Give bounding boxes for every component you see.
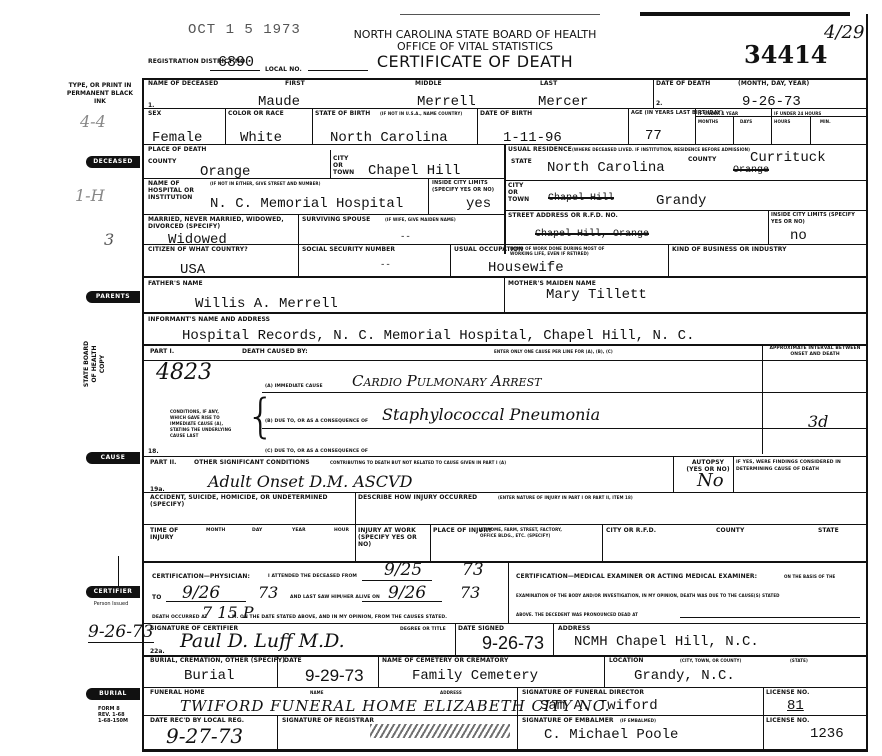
place-of-death-label: PLACE OF DEATH (148, 146, 207, 153)
director-license: 81 (787, 698, 804, 714)
divider (508, 561, 509, 623)
res-inside-city-label: INSIDE CITY LIMITS (SPECIFY YES OR NO) (771, 212, 863, 226)
other-conditions-label: OTHER SIGNIFICANT CONDITIONS (194, 459, 310, 466)
residence-sub: (WHERE DECEASED LIVED. IF INSTITUTION, R… (572, 146, 750, 153)
section-line (142, 561, 868, 563)
row-line (262, 428, 866, 429)
disposition-label: BURIAL, CREMATION, OTHER (SPECIFY) (150, 657, 285, 664)
divider (312, 108, 313, 144)
mother-name: Mary Tillett (546, 287, 647, 303)
underline (308, 70, 368, 71)
conditions-note: CONDITIONS, IF ANY, WHICH GAVE RISE TO I… (170, 409, 232, 439)
inside-city-label: INSIDE CITY LIMITS (SPECIFY YES OR NO) (432, 180, 502, 194)
name-label: NAME OF DECEASED (148, 80, 218, 87)
last-saw-label: AND LAST SAW HIM/HER ALIVE ON (290, 594, 380, 601)
received-stamp: OCT 1 5 1973 (188, 22, 301, 38)
row-line (504, 180, 866, 181)
divider (378, 655, 379, 687)
at-work-label: INJURY AT WORK (SPECIFY YES OR NO) (358, 527, 426, 548)
date-signed: 9-26-73 (482, 633, 544, 654)
residence-label: USUAL RESIDENCE (508, 146, 572, 153)
burial-date-label: DATE (284, 657, 302, 664)
hour-label: HOUR (334, 527, 349, 534)
last-saw-year: 73 (460, 583, 480, 602)
injury-state-label: STATE (818, 527, 839, 534)
attended-from-year: 73 (462, 560, 484, 580)
last-saw: 9/26 (388, 583, 426, 603)
marital-label: MARRIED, NEVER MARRIED, WIDOWED, DIVORCE… (148, 216, 288, 230)
section-line (142, 312, 868, 314)
death-occurred-label: DEATH OCCURRED AT (152, 614, 208, 621)
father-label: FATHER'S NAME (148, 280, 203, 287)
registrar-label: SIGNATURE OF REGISTRAR (282, 717, 374, 724)
business-label: KIND OF BUSINESS OR INDUSTRY (672, 246, 787, 253)
informant-value: Hospital Records, N. C. Memorial Hospita… (182, 328, 694, 344)
registration-district-no: 6890 (218, 54, 254, 71)
institution-label: NAME OF HOSPITAL OR INSTITUTION (148, 180, 203, 201)
autopsy-value: No (697, 470, 724, 491)
location-state-label: (STATE) (790, 657, 808, 664)
me-text-2: EXAMINATION OF THE BODY AND/OR INVESTIGA… (516, 592, 780, 599)
row-line (142, 214, 504, 215)
due-to-c-label: (c) DUE TO, OR AS A CONSEQUENCE OF (265, 448, 368, 455)
divider (768, 210, 769, 244)
me-text-3: ABOVE. THE DECEDENT WAS PRONOUNCED DEAD … (516, 611, 638, 618)
due-to-b-cause: Staphylococcal Pneumonia (382, 405, 600, 424)
min-label: MIN. (820, 118, 831, 125)
cemetery-label: NAME OF CEMETERY OR CREMATORY (382, 657, 508, 664)
tab-parents: PARENTS (86, 291, 140, 303)
residence-border (504, 144, 506, 254)
middle-label: MIDDLE (415, 80, 442, 87)
time-of-injury-label: TIME OF INJURY (150, 527, 190, 541)
page-title: CERTIFICATE OF DEATH (330, 52, 620, 71)
local-no-label: LOCAL NO. (265, 66, 302, 73)
section-line (142, 276, 868, 278)
address-label: ADDRESS (558, 625, 590, 632)
occupation-sub: (KIND OF WORK DONE DURING MOST OF WORKIN… (510, 246, 610, 256)
county-label: COUNTY (148, 158, 176, 165)
tab-deceased: DECEASED (86, 156, 140, 168)
divider (673, 456, 674, 492)
res-county-struck: Orange (733, 165, 769, 176)
director-license-label: LICENSE NO. (766, 689, 809, 696)
header-rule (400, 14, 600, 15)
part1-label: PART I. (150, 348, 174, 355)
ssn-value: -- (380, 260, 391, 270)
margin-mark-2: 1-H (75, 186, 105, 205)
tab-burial: BURIAL (86, 688, 140, 700)
funeral-director: Sam A. Twiford (540, 698, 658, 714)
place-injury-sub: AT HOME, FARM, STREET, FACTORY, OFFICE B… (480, 527, 578, 539)
location-value: Grandy, N.C. (634, 668, 735, 684)
divider (628, 108, 629, 144)
spouse-value: -- (400, 232, 411, 242)
res-county-label: COUNTY (688, 156, 716, 163)
row-line (142, 456, 866, 457)
embalmer-label: SIGNATURE OF EMBALMER (522, 717, 614, 724)
interval-label: APPROXIMATE INTERVAL BETWEEN ONSET AND D… (766, 346, 864, 358)
row-line (142, 524, 866, 525)
divider (733, 456, 734, 492)
attended-from-label: I ATTENDED THE DECEASED FROM (268, 573, 357, 580)
divider (428, 178, 429, 214)
divider (653, 78, 654, 108)
death-city: Chapel Hill (368, 163, 460, 179)
director-label: SIGNATURE OF FUNERAL DIRECTOR (522, 689, 644, 696)
row-line (142, 244, 866, 245)
funeral-home-label: FUNERAL HOME (150, 689, 205, 696)
dob-label: DATE OF BIRTH (480, 110, 532, 117)
race-label: COLOR OR RACE (228, 110, 284, 117)
divider (668, 244, 669, 276)
divider (430, 524, 431, 562)
me-text-1: ON THE BASIS OF THE (784, 573, 835, 580)
row-line (142, 492, 866, 493)
divider (277, 715, 278, 749)
tab-certifier: CERTIFIER (86, 586, 140, 598)
underline (362, 580, 432, 581)
underline (166, 601, 246, 602)
row-line (142, 687, 866, 688)
divider (298, 214, 299, 276)
institution-value: N. C. Memorial Hospital (210, 196, 403, 212)
sex-label: SEX (148, 110, 161, 117)
date-recd: 9-27-73 (166, 724, 243, 748)
row-line (504, 210, 866, 211)
location-label: LOCATION (609, 657, 644, 664)
divider (810, 116, 811, 144)
sub-line (695, 116, 866, 117)
embalmer-sub: (IF EMBALMED) (620, 717, 656, 724)
institution-sub: (IF NOT IN EITHER, GIVE STREET AND NUMBE… (210, 180, 321, 187)
date-of-death-sub: (MONTH, DAY, YEAR) (738, 80, 809, 87)
underline (362, 601, 442, 602)
me-cert-label: CERTIFICATION—MEDICAL EXAMINER OR ACTING… (516, 573, 757, 580)
divider (604, 655, 605, 687)
row-line (142, 178, 504, 179)
divider (330, 150, 331, 178)
mother-label: MOTHER'S MAIDEN NAME (508, 280, 596, 287)
brace: { (246, 393, 275, 439)
father-name: Willis A. Merrell (195, 296, 338, 312)
caused-by-label: DEATH CAUSED BY: (242, 348, 308, 355)
res-city-label: CITY OR TOWN (508, 182, 532, 203)
describe-injury-label: DESCRIBE HOW INJURY OCCURRED (358, 494, 477, 501)
handwritten-annotation: 4/29 (824, 22, 864, 43)
row-line (142, 360, 866, 361)
row-line (142, 623, 866, 624)
divider (455, 623, 456, 655)
city-label: CITY OR TOWN (333, 155, 357, 176)
hours-label: HOURS (774, 118, 790, 125)
underline (210, 70, 260, 71)
ink-instruction: TYPE, OR PRINT IN PERMANENT BLACK INK (60, 82, 140, 106)
funeral-home-address-label: ADDRESS (440, 689, 462, 696)
disposition-value: Burial (184, 668, 234, 684)
margin-line (118, 556, 119, 586)
res-city: Grandy (656, 193, 706, 209)
to-label: TO (152, 594, 161, 601)
res-state-label: STATE (511, 158, 532, 165)
person-issued-label: Person Issued (86, 600, 136, 608)
due-to-b-label: (b) DUE TO, OR AS A CONSEQUENCE OF (265, 418, 368, 425)
divider (763, 687, 764, 749)
item-number: 22a. (150, 648, 165, 655)
divider (504, 276, 505, 312)
res-city-struck: Chapel Hill (548, 193, 614, 204)
accident-label: ACCIDENT, SUICIDE, HOMICIDE, OR UNDETERM… (150, 494, 360, 508)
res-street-struck: Chapel Hill, Orange (535, 229, 649, 240)
divider (771, 108, 772, 144)
spouse-label: SURVIVING SPOUSE (302, 216, 370, 223)
row-line (142, 108, 868, 109)
other-conditions: Adult Onset D.M. ASCVD (208, 472, 412, 491)
res-state: North Carolina (547, 160, 665, 176)
enter-one-cause: ENTER ONLY ONE CAUSE PER LINE FOR (a), (… (494, 348, 613, 355)
year-label: YEAR (292, 527, 306, 534)
city-rfd-label: CITY OR R.F.D. (606, 527, 656, 534)
inside-city-value: yes (466, 196, 491, 212)
tab-cause: CAUSE (86, 452, 140, 464)
first-label: FIRST (285, 80, 305, 87)
physician-cert-label: CERTIFICATION—PHYSICIAN: (152, 573, 250, 580)
informant-label: INFORMANT'S NAME AND ADDRESS (148, 316, 270, 323)
injury-county-label: COUNTY (716, 527, 744, 534)
part2-label: PART II. (150, 459, 177, 466)
item-number: 18. (148, 448, 159, 455)
divider (355, 492, 356, 562)
describe-injury-sub: (ENTER NATURE OF INJURY IN PART I OR PAR… (498, 494, 633, 501)
days-label: DAYS (740, 118, 752, 125)
item-number: 2. (656, 100, 662, 107)
res-street-label: STREET ADDRESS OR R.F.D. No. (508, 212, 618, 219)
cemetery-value: Family Cemetery (412, 668, 538, 684)
burial-date: 9-29-73 (305, 666, 364, 686)
ssn-label: SOCIAL SECURITY NUMBER (302, 246, 395, 253)
last-label: LAST (540, 80, 557, 87)
embalmer-name: C. Michael Poole (544, 727, 678, 743)
registrar-signature (370, 724, 510, 738)
attended-to: 9/26 (182, 583, 220, 603)
citizen-label: CITIZEN OF WHAT COUNTRY? (148, 246, 248, 253)
certifier-address: NCMH Chapel Hill, N.C. (574, 634, 759, 650)
divider (602, 524, 603, 562)
row-line (262, 392, 866, 393)
date-of-death-label: DATE OF DEATH (656, 80, 710, 87)
divider (277, 655, 278, 687)
certificate-number: 34414 (744, 40, 828, 69)
age-value: 77 (645, 128, 662, 144)
divider (733, 116, 734, 144)
months-label: MONTHS (698, 118, 718, 125)
month-label: MONTH (206, 527, 225, 534)
date-recd-label: DATE REC'D BY LOCAL REG. (150, 717, 244, 724)
form-right-border (866, 14, 868, 750)
underline (680, 617, 860, 618)
section-line (142, 344, 868, 346)
certifier-signature: Paul D. Luff M.D. (180, 630, 345, 652)
findings-label: IF YES, WERE FINDINGS CONSIDERED IN DETE… (736, 459, 862, 473)
state-copy-label: STATE BOARD OF HEALTH COPY (83, 339, 107, 389)
state-of-birth-label: STATE OF BIRTH (315, 110, 370, 117)
form-info: FORM 8 REV. 1-68 1-68-150M (98, 706, 138, 724)
divider (477, 108, 478, 144)
form-print-run: 1-68-150M (98, 718, 138, 724)
res-county: Currituck (750, 150, 826, 166)
form-left-border (142, 80, 144, 750)
other-conditions-sub: CONTRIBUTING TO DEATH BUT NOT RELATED TO… (330, 459, 506, 466)
degree-label: DEGREE OR TITLE (400, 626, 446, 633)
divider (225, 108, 226, 144)
cause-code: 4823 (156, 360, 212, 385)
margin-mark-3: 3 (104, 230, 114, 249)
embalmer-license: 1236 (810, 726, 844, 742)
row-line (142, 715, 866, 716)
divider (517, 687, 518, 749)
divider (450, 244, 451, 276)
res-inside-city: no (790, 228, 807, 244)
attended-from: 9/25 (384, 560, 422, 580)
spouse-sub: (IF WIFE, GIVE MAIDEN NAME) (385, 216, 456, 223)
divider (553, 623, 554, 655)
margin-mark-1: 4-4 (80, 112, 106, 131)
divider (695, 108, 696, 144)
attended-to-year: 73 (258, 583, 278, 602)
immediate-cause: Cardio Pulmonary Arrest (352, 372, 541, 390)
form-bottom-border (142, 749, 868, 752)
day-label: DAY (252, 527, 262, 534)
death-statement: M. ON THE DATE STATED ABOVE, AND IN MY O… (232, 614, 447, 621)
header-bar (640, 12, 850, 16)
occupation-value: Housewife (488, 260, 564, 276)
state-of-birth-sub: (IF NOT IN U.S.A., NAME COUNTRY) (380, 110, 462, 117)
location-sub: (CITY, TOWN, OR COUNTY) (680, 657, 742, 664)
funeral-home-name-label: NAME (310, 689, 324, 696)
embalmer-license-label: LICENSE NO. (766, 717, 809, 724)
date-signed-label: DATE SIGNED (458, 625, 504, 632)
